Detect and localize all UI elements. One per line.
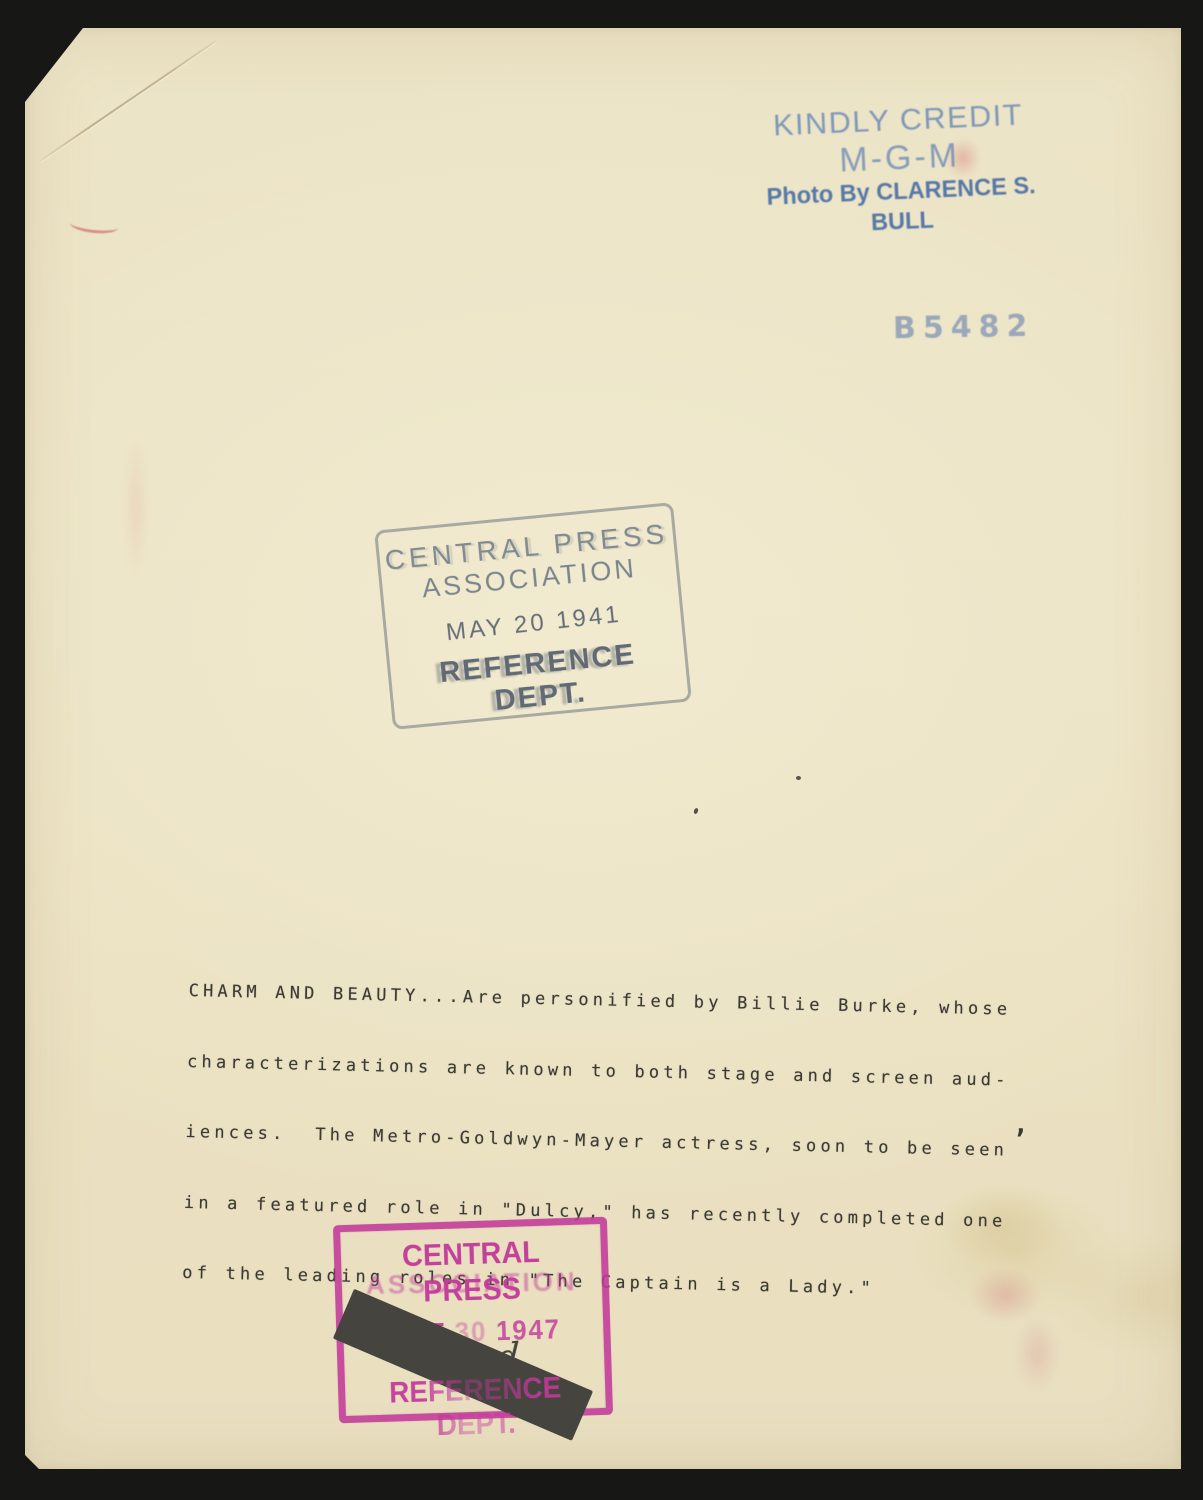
caption-line: characterizations are known to both stag… [187,1050,1057,1093]
scan-background: { "colors": { "mat": "#171716", "paper":… [0,0,1203,1500]
red-ink-smudge [69,216,118,236]
caption-line: of the leading roles in "The Captain is … [182,1262,1052,1305]
reference-stamp-1947: CENTRAL PRESS ASSOCIATION OCT 30 1947 us… [333,1217,613,1424]
credit-stamp-photographer: Photo By CLARENCE S. BULL [739,170,1065,244]
caption-line: iences. The Metro-Goldwyn-Mayer actress,… [185,1121,1055,1164]
mgm-credit-stamp: KINDLY CREDIT M-G-M Photo By CLARENCE S.… [732,88,1068,244]
stamp-1947-org-line2: ASSOCIATION [342,1266,603,1302]
stray-typed-mark: , [1013,1110,1029,1140]
pink-ink-streak [125,433,147,583]
ink-speck [693,807,699,814]
negative-number: B5482 [893,309,1035,346]
caption-line: in a featured role in "Dulcy," has recen… [184,1191,1054,1234]
ink-speck [796,776,801,780]
caption-line: CHARM AND BEAUTY...Are personified by Bi… [188,980,1058,1023]
corner-crease [39,40,216,162]
stamp-1947-dept: REFERENCE DEPT. [354,1370,598,1446]
reference-stamp-1941: CENTRAL PRESS ASSOCIATION MAY 20 1941 RE… [374,502,692,730]
photo-back-paper: KINDLY CREDIT M-G-M Photo By CLARENCE S.… [25,28,1181,1469]
typed-caption: CHARM AND BEAUTY...Are personified by Bi… [181,933,1060,1352]
